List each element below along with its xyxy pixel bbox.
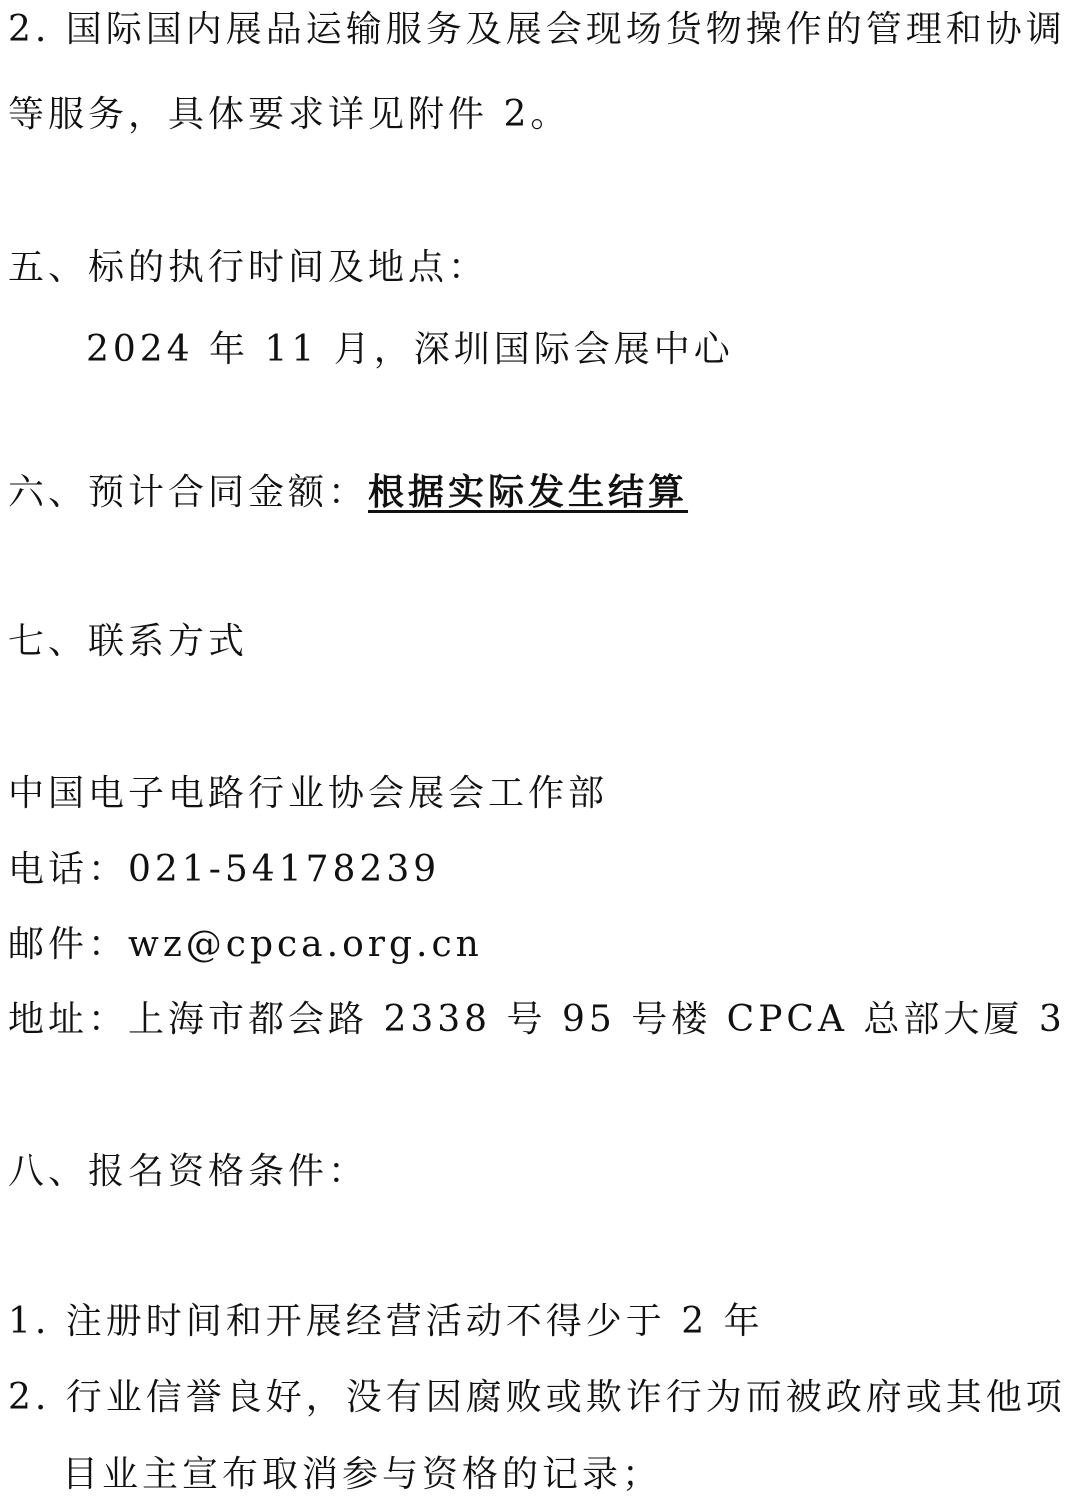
section5-heading: 五、标的执行时间及地点： [8, 248, 488, 288]
address-label: 地址： [8, 999, 128, 1040]
address-value: 上海市都会路 2338 号 95 号楼 CPCA 总部大厦 3 楼 [128, 999, 1080, 1040]
contact-address: 地址：上海市都会路 2338 号 95 号楼 CPCA 总部大厦 3 楼 [8, 1000, 1080, 1040]
phone-label: 电话： [8, 849, 128, 890]
requirement-item-2-line1: 2. 行业信誉良好，没有因腐败或欺诈行为而被政府或其他项 [8, 1378, 1066, 1418]
section6-heading: 六、预计合同金额： [8, 472, 368, 513]
contact-phone: 电话：021-54178239 [8, 850, 440, 890]
requirement-item-1: 1. 注册时间和开展经营活动不得少于 2 年 [8, 1302, 764, 1342]
requirement-item-2-line2: 目业主宣布取消参与资格的记录； [62, 1455, 662, 1495]
section6: 六、预计合同金额：根据实际发生结算 [8, 472, 688, 513]
phone-value: 021-54178239 [128, 849, 440, 890]
email-value: wz@cpca.org.cn [128, 924, 483, 965]
contact-email: 邮件：wz@cpca.org.cn [8, 925, 483, 965]
contract-amount-value: 根据实际发生结算 [368, 471, 688, 513]
section7-heading: 七、联系方式 [8, 622, 248, 662]
section5-content: 2024 年 11 月，深圳国际会展中心 [86, 330, 734, 370]
service-item-2-line1: 2. 国际国内展品运输服务及展会现场货物操作的管理和协调 [8, 10, 1066, 50]
contact-org: 中国电子电路行业协会展会工作部 [8, 774, 608, 814]
section8-heading: 八、报名资格条件： [8, 1152, 368, 1192]
email-label: 邮件： [8, 924, 128, 965]
service-item-2-line2: 等服务，具体要求详见附件 2。 [8, 95, 570, 135]
